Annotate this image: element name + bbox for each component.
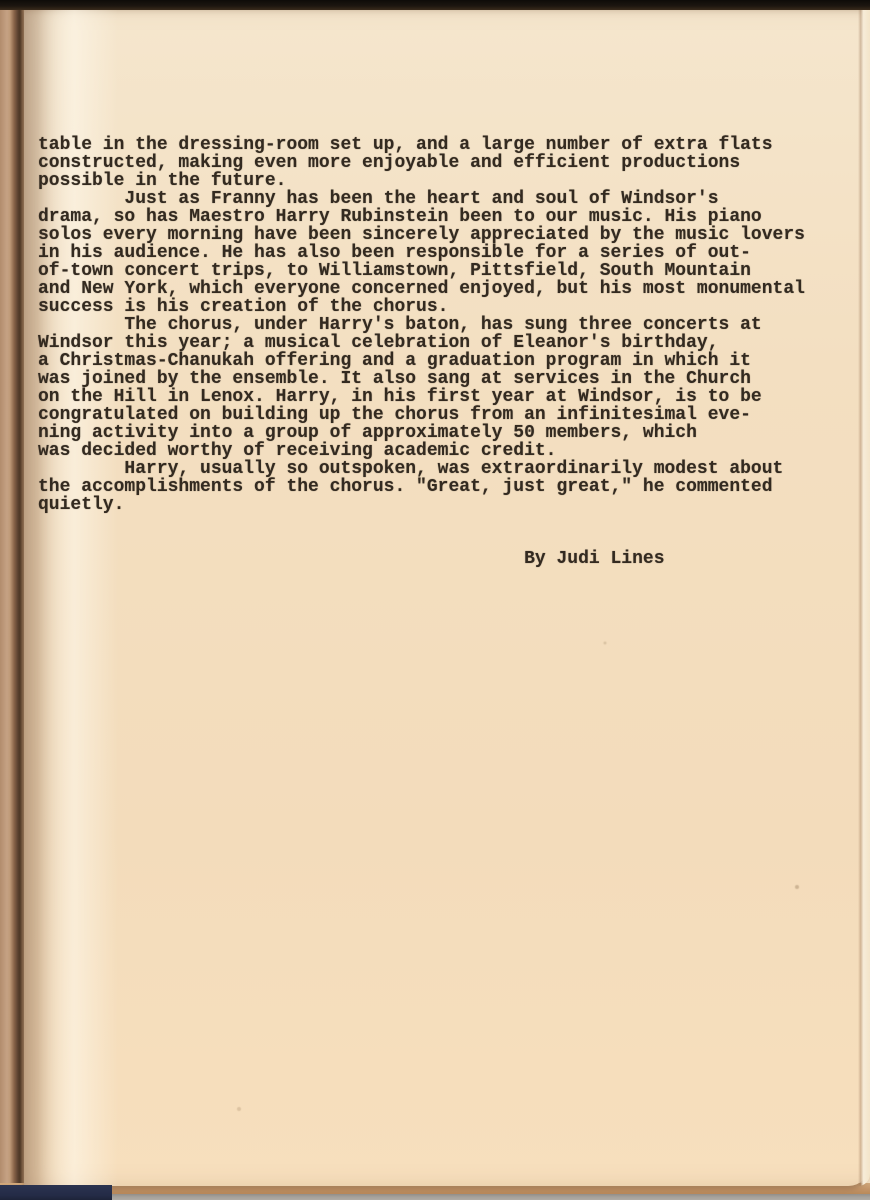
binder-top-edge [0, 0, 870, 10]
text-line: was decided worthy of receiving academic… [38, 442, 838, 460]
text-line: Harry, usually so outspoken, was extraor… [38, 460, 838, 478]
text-line: congratulated on building up the chorus … [38, 406, 838, 424]
text-line: success is his creation of the chorus. [38, 298, 838, 316]
text-line: Windsor this year; a musical celebration… [38, 334, 838, 352]
text-line: possible in the future. [38, 172, 838, 190]
text-line: constructed, making even more enjoyable … [38, 154, 838, 172]
text-line: ning activity into a group of approximat… [38, 424, 838, 442]
scrapbook-photo: table in the dressing-room set up, and a… [0, 0, 870, 1200]
text-line: The chorus, under Harry's baton, has sun… [38, 316, 838, 334]
book-cover-edge [0, 1185, 112, 1200]
text-line: was joined by the ensemble. It also sang… [38, 370, 838, 388]
typewritten-text: table in the dressing-room set up, and a… [38, 100, 838, 604]
typewritten-text-block: table in the dressing-room set up, and a… [38, 136, 838, 514]
byline: By Judi Lines [38, 550, 838, 568]
text-line: drama, so has Maestro Harry Rubinstein b… [38, 208, 838, 226]
text-line: the accomplishments of the chorus. "Grea… [38, 478, 838, 496]
text-line: a Christmas-Chanukah offering and a grad… [38, 352, 838, 370]
text-line: table in the dressing-room set up, and a… [38, 136, 838, 154]
table-edge [0, 1193, 870, 1200]
text-line: of-town concert trips, to Williamstown, … [38, 262, 838, 280]
scrapbook-page: table in the dressing-room set up, and a… [24, 8, 870, 1186]
text-line: Just as Franny has been the heart and so… [38, 190, 838, 208]
text-line: on the Hill in Lenox. Harry, in his firs… [38, 388, 838, 406]
text-line: quietly. [38, 496, 838, 514]
text-line: and New York, which everyone concerned e… [38, 280, 838, 298]
text-line: solos every morning have been sincerely … [38, 226, 838, 244]
page-right-edge [858, 8, 870, 1186]
text-line: in his audience. He has also been respon… [38, 244, 838, 262]
